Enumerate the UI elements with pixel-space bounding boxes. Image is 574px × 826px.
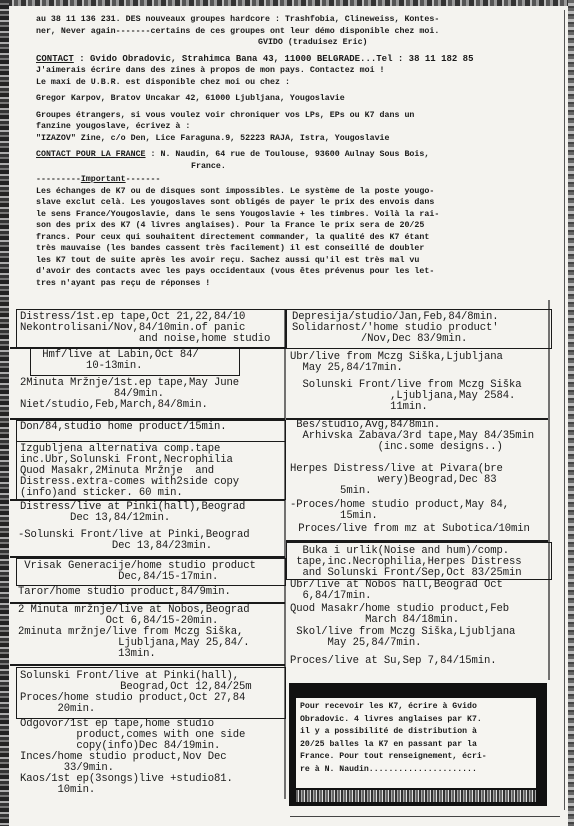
clipping-edge-rule	[10, 418, 285, 420]
tape-entry-line: May 25,84/17min.	[290, 363, 503, 374]
clipping-edge-rule	[10, 556, 285, 558]
tape-entry: Odgovor/1st ep tape,home studio product,…	[20, 719, 245, 796]
important-heading: ---------Important-------	[36, 174, 556, 186]
page-border-right	[564, 10, 565, 810]
tape-entry-line: 6,84/17min.	[290, 591, 503, 602]
notice-box: Pour recevoir les K7, écrire à GvidoObra…	[289, 683, 547, 806]
tape-entry: Solunski Front/live from Mczg Siška ,Lju…	[290, 380, 522, 413]
pasted-clipping-frame	[16, 441, 286, 500]
notice-line: Pour recevoir les K7, écrire à Gvido	[300, 701, 532, 714]
tape-entry-line: Dec 13,84/12min.	[20, 513, 245, 524]
notice-line: re à N. Naudin......................	[300, 764, 532, 777]
tape-entry: Skol/live from Mczg Siška,Ljubljana May …	[290, 627, 515, 649]
important-line: le sens France/Yougoslavie, dans le sens…	[36, 209, 556, 221]
tape-entry: Bes/studio,Avg,84/8min. Arhivska Zabava/…	[290, 420, 534, 453]
contact-line: Le maxi de U.B.R. est disponible chez mo…	[36, 77, 556, 89]
notice-line: France. Pour tout renseignement, écri-	[300, 751, 532, 764]
tape-entry: -Proces/home studio product,May 84, 15mi…	[290, 500, 509, 522]
pasted-clipping-frame	[286, 542, 552, 580]
important-line: slave exclut celà. Les yougoslaves sont …	[36, 197, 556, 209]
important-paragraph: Les échanges de K7 ou de disques sont im…	[36, 186, 556, 290]
contact-address: : Gvido Obradovic, Strahimca Bana 43, 11…	[74, 54, 474, 64]
scan-edge-right	[568, 0, 574, 826]
clipping-edge-rule	[286, 540, 548, 542]
column-divider	[284, 309, 286, 799]
notice-line: Obradovic. 4 livres anglaises par K7.	[300, 714, 532, 727]
tape-entry-line: 11min.	[290, 402, 522, 413]
pasted-clipping-frame	[30, 348, 240, 376]
important-line: francs. Pour ceux qui souhaitent directe…	[36, 232, 556, 244]
important-line: d'avoir des contacts avec les pays occid…	[36, 266, 556, 278]
france-contact-line: France.	[36, 161, 556, 173]
tape-entry-line: Niet/studio,Feb,March,84/8min.	[20, 400, 239, 411]
tape-entry-line: March 84/18min.	[290, 615, 509, 626]
tape-entry: 2 Minuta mržnje/live at Nobos,Beograd Oc…	[18, 605, 250, 660]
tape-entry: Ubr/live at Nobos hall,Beograd Oct 6,84/…	[290, 580, 503, 602]
pasted-clipping-frame	[16, 420, 286, 442]
pasted-clipping-frame	[286, 309, 552, 349]
bottom-rule	[290, 816, 560, 817]
notice-text: Pour recevoir les K7, écrire à GvidoObra…	[296, 698, 536, 788]
tape-entry-line: May 25,84/7min.	[290, 638, 515, 649]
pasted-clipping-frame	[16, 667, 286, 719]
france-contact-line: CONTACT POUR LA FRANCE : N. Naudin, 64 r…	[36, 149, 556, 161]
tape-entry: Distress/live at Pinki(hall),Beograd Dec…	[20, 502, 245, 524]
notice-line: il y a possibilité de distribution à	[300, 726, 532, 739]
tape-entry-line: 15min.	[290, 511, 509, 522]
tape-entry: Herpes Distress/live at Pivara(bre wery)…	[290, 464, 503, 497]
tape-entry: Proces/live at Su,Sep 7,84/15min.	[290, 656, 497, 667]
foreign-groups-line: Groupes étrangers, si vous voulez voir c…	[36, 110, 556, 122]
contact-label: CONTACT	[36, 54, 74, 64]
tape-entry-line: Proces/live from mz at Subotica/10min	[292, 524, 530, 535]
intro-line: au 38 11 136 231. DES nouveaux groupes h…	[36, 14, 556, 26]
foreign-groups-line: fanzine yougoslave, écrivez à :	[36, 121, 556, 133]
france-contact-label: CONTACT POUR LA FRANCE	[36, 150, 146, 159]
tape-entry-line: 5min.	[290, 486, 503, 497]
important-line: très mauvaise (les bandes cassent très f…	[36, 243, 556, 255]
contact-line: CONTACT : Gvido Obradovic, Strahimca Ban…	[36, 54, 556, 66]
intro-line: ner, Never again-------certains de ces g…	[36, 26, 556, 38]
contact-line: J'aimerais écrire dans des zines à propo…	[36, 65, 556, 77]
column-divider	[548, 300, 550, 680]
tape-entry: Taror/home studio product,84/9min.	[18, 587, 231, 598]
clipping-edge-rule	[286, 418, 548, 420]
letter-text: au 38 11 136 231. DES nouveaux groupes h…	[36, 14, 556, 289]
zine-address: "IZAZOV" Zine, c/o Den, Lice Faraguna.9,…	[36, 133, 556, 145]
clipping-edge-rule	[10, 347, 285, 349]
tape-entry-line: 10min.	[20, 785, 245, 796]
tape-entry-line: Dec 13,84/23min.	[18, 541, 250, 552]
notice-noise-strip	[296, 790, 536, 802]
tape-entry: Ubr/live from Mczg Siška,Ljubljana May 2…	[290, 352, 503, 374]
clipping-edge-rule	[10, 602, 285, 604]
tape-entry: Proces/live from mz at Subotica/10min	[292, 524, 530, 535]
notice-line: 20/25 balles la K7 en passant par la	[300, 739, 532, 752]
signature: GVIDO (traduisez Eric)	[36, 37, 556, 49]
clipping-edge-rule	[10, 664, 285, 666]
important-line: Les échanges de K7 ou de disques sont im…	[36, 186, 556, 198]
tape-entry-line: (inc.some designs..)	[290, 442, 534, 453]
important-line: son des prix des K7 (4 livres anglaises)…	[36, 220, 556, 232]
important-line: tres n'ayant pas reçu de réponses !	[36, 278, 556, 290]
france-contact-address: : N. Naudin, 64 rue de Toulouse, 93600 A…	[146, 150, 430, 159]
scanned-fanzine-page: au 38 11 136 231. DES nouveaux groupes h…	[0, 0, 574, 826]
clipping-edge-rule	[10, 499, 285, 501]
tape-entry-line: Proces/live at Su,Sep 7,84/15min.	[290, 656, 497, 667]
contact-address-2: Gregor Karpov, Bratov Uncakar 42, 61000 …	[36, 93, 556, 105]
important-line: les K7 tout de suite après les avoir reç…	[36, 255, 556, 267]
tape-entry: 2Minuta Mržnje/1st.ep tape,May June 84/9…	[20, 378, 239, 411]
tape-entry: Quod Masakr/home studio product,Feb Marc…	[290, 604, 509, 626]
tape-entry-line: 13min.	[18, 649, 250, 660]
tape-entry-line: Taror/home studio product,84/9min.	[18, 587, 231, 598]
scan-edge-left	[0, 0, 9, 826]
pasted-clipping-frame	[16, 309, 286, 349]
tape-entry: -Solunski Front/live at Pinki,Beograd De…	[18, 530, 250, 552]
scan-edge-top	[0, 0, 574, 6]
pasted-clipping-frame	[16, 558, 286, 586]
